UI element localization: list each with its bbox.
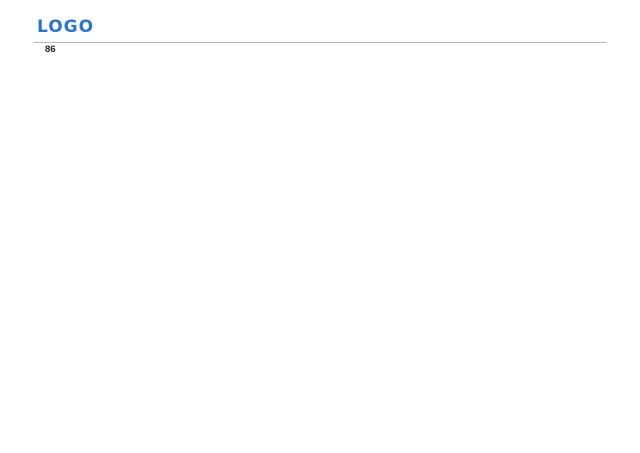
toc-entry-page: 86 (45, 44, 607, 418)
header-divider (33, 42, 607, 43)
logo: LOGO (37, 17, 94, 37)
document-page: LOGO 10.4多媒体信息发布系统6310. 4. 1信息发布系统技术特点64… (0, 0, 640, 453)
toc-right-column: 13.3设计方案7414、手术示教、远程会诊系统7614.1系统概述7614.2… (343, 44, 607, 418)
toc-entry: 17.1系统概述86 (343, 400, 607, 418)
table-of-contents: 10.4多媒体信息发布系统6310. 4. 1信息发布系统技术特点6410. 4… (45, 44, 607, 418)
